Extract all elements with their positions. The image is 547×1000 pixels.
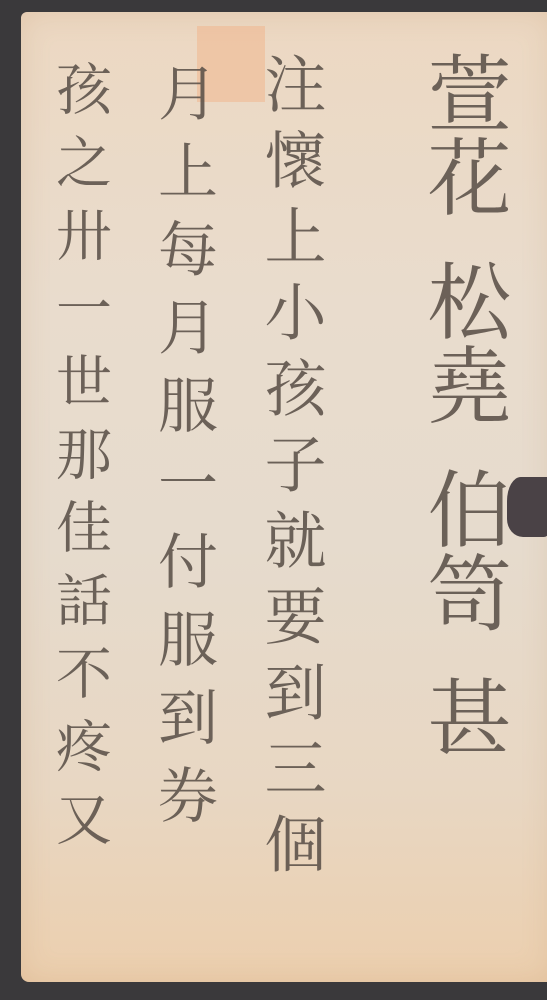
- manuscript-page: 萱花松堯伯笥甚 注懷上小孩子就要到三個 月上每月服一付服到券 孩之卅一世那佳話不…: [21, 12, 547, 982]
- segment: 伯笥: [421, 466, 505, 634]
- text-column-2: 注懷上小孩子就要到三個: [259, 52, 321, 888]
- text-column-4: 孩之卅一世那佳話不疼又: [51, 60, 107, 863]
- segment: 松堯: [421, 258, 505, 426]
- segment: 甚: [421, 674, 505, 758]
- text-column-3: 月上每月服一付服到券: [153, 62, 213, 842]
- torn-hole: [507, 477, 547, 537]
- segment: 萱花: [421, 50, 505, 218]
- text-column-1: 萱花松堯伯笥甚: [421, 50, 505, 758]
